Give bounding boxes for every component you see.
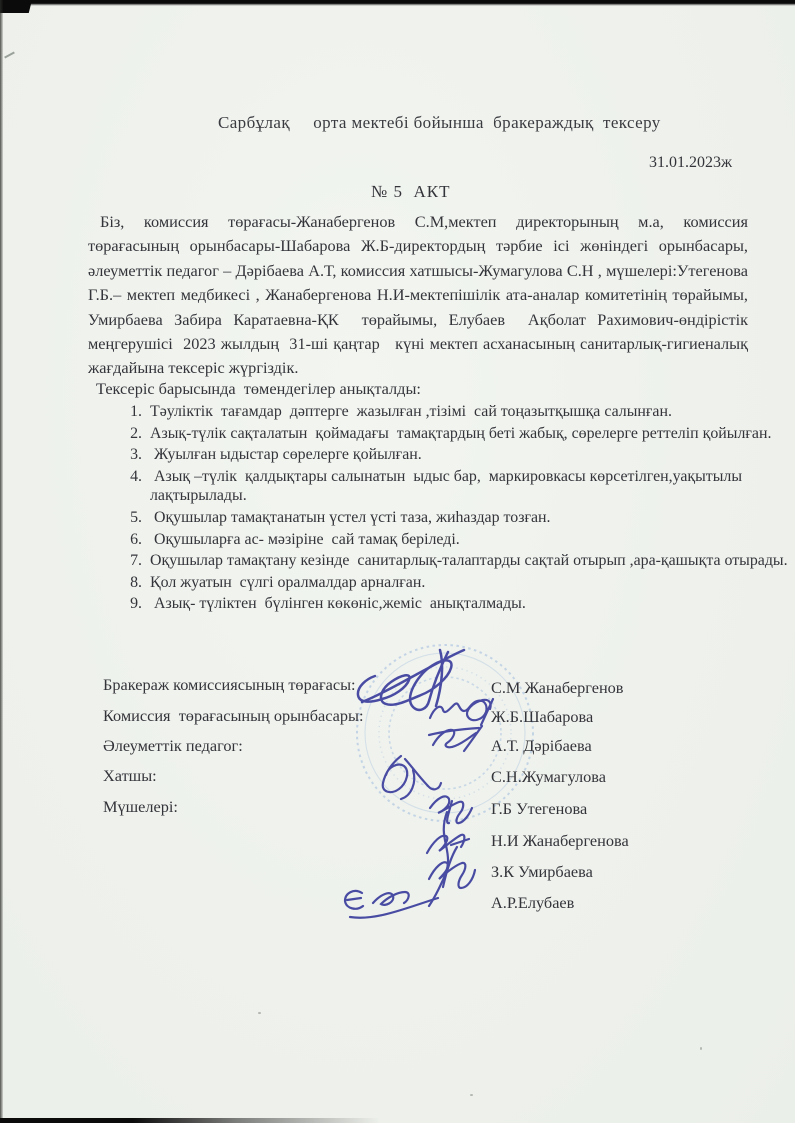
signature-zhanabergenova xyxy=(427,835,469,853)
finding-item: Қол жуатын сүлгі оралмалдар арналған. xyxy=(146,573,794,593)
signature-utegenova xyxy=(430,796,472,823)
signature-zhumagulova xyxy=(383,756,441,799)
signatory-name: Ж.Б.Шабарова xyxy=(491,707,593,727)
finding-item: Тәуліктік тағамдар дәптерге жазылған ,ті… xyxy=(146,402,794,422)
signature-label-social-pedagogue: Әлеуметтік педагог: xyxy=(103,736,243,756)
finding-item: Оқушылар тамақтанатын үстел үсті таза, ж… xyxy=(146,508,794,528)
scan-corner-shadow xyxy=(0,0,32,13)
signature-label-chairman: Бракераж комиссиясының төрағасы: xyxy=(103,675,356,695)
signatory-name: З.К Умирбаева xyxy=(491,862,593,882)
document-date: 31.01.2023ж xyxy=(560,154,732,172)
findings-heading: Тексеріс барысында төмендегілер анықталд… xyxy=(96,379,421,399)
findings-list: Тәуліктік тағамдар дәптерге жазылған ,ті… xyxy=(98,402,794,616)
signatory-name: Г.Б Утегенова xyxy=(491,799,587,819)
signature-elubaev xyxy=(345,891,438,918)
signature-zhanabergenov xyxy=(358,650,464,710)
scan-edge-left xyxy=(0,0,3,1123)
finding-item: Жуылған ыдыстар сөрелерге қойылған. xyxy=(146,445,794,465)
finding-item: Оқушылар тамақтану кезінде санитарлық-та… xyxy=(146,551,794,571)
signatory-name: А.Р.Елубаев xyxy=(491,893,574,913)
signature-umirbaeva xyxy=(429,847,475,888)
signatory-name: А.Т. Дәрібаева xyxy=(491,736,592,756)
scan-speck xyxy=(700,1047,702,1050)
intro-paragraph: Біз, комиссия төрағасы-Жанабергенов С.М,… xyxy=(88,210,748,381)
finding-item: Азық- түліктен бүлінген көкөніс,жеміс ан… xyxy=(146,594,794,614)
scanned-document-page: Сарбұлақ орта мектебі бойынша бракеражды… xyxy=(0,0,795,1123)
official-stamp xyxy=(357,645,533,821)
signature-label-secretary: Хатшы: xyxy=(103,766,157,786)
finding-item: Азық-түлік сақталатын қоймадағы тамақтар… xyxy=(146,424,794,444)
finding-item: Оқушыларға ас- мәзіріне сай тамақ беріле… xyxy=(146,530,794,550)
signatory-name: С.М Жанабергенов xyxy=(491,678,624,698)
signatory-name: С.Н.Жумагулова xyxy=(491,767,606,787)
signatory-name: Н.И Жанабергенова xyxy=(491,831,629,851)
scan-speck xyxy=(258,1012,261,1014)
signature-label-members: Мүшелері: xyxy=(103,797,178,817)
finding-item: Азық –түлік қалдықтары салынатын ыдыс ба… xyxy=(146,467,794,506)
signature-daribaeva xyxy=(429,726,482,751)
scan-speck xyxy=(470,1094,473,1096)
act-number: № 5 АКТ xyxy=(371,182,450,202)
scan-edge-top xyxy=(0,0,795,6)
scan-mark xyxy=(4,52,15,59)
scan-edge-bottom xyxy=(0,1118,380,1123)
signature-shabarova xyxy=(430,699,493,725)
document-title: Сарбұлақ орта мектебі бойынша бракеражды… xyxy=(218,113,661,133)
signature-ink-tail xyxy=(429,812,448,906)
signature-label-deputy: Комиссия төрағасының орынбасары: xyxy=(103,706,364,726)
